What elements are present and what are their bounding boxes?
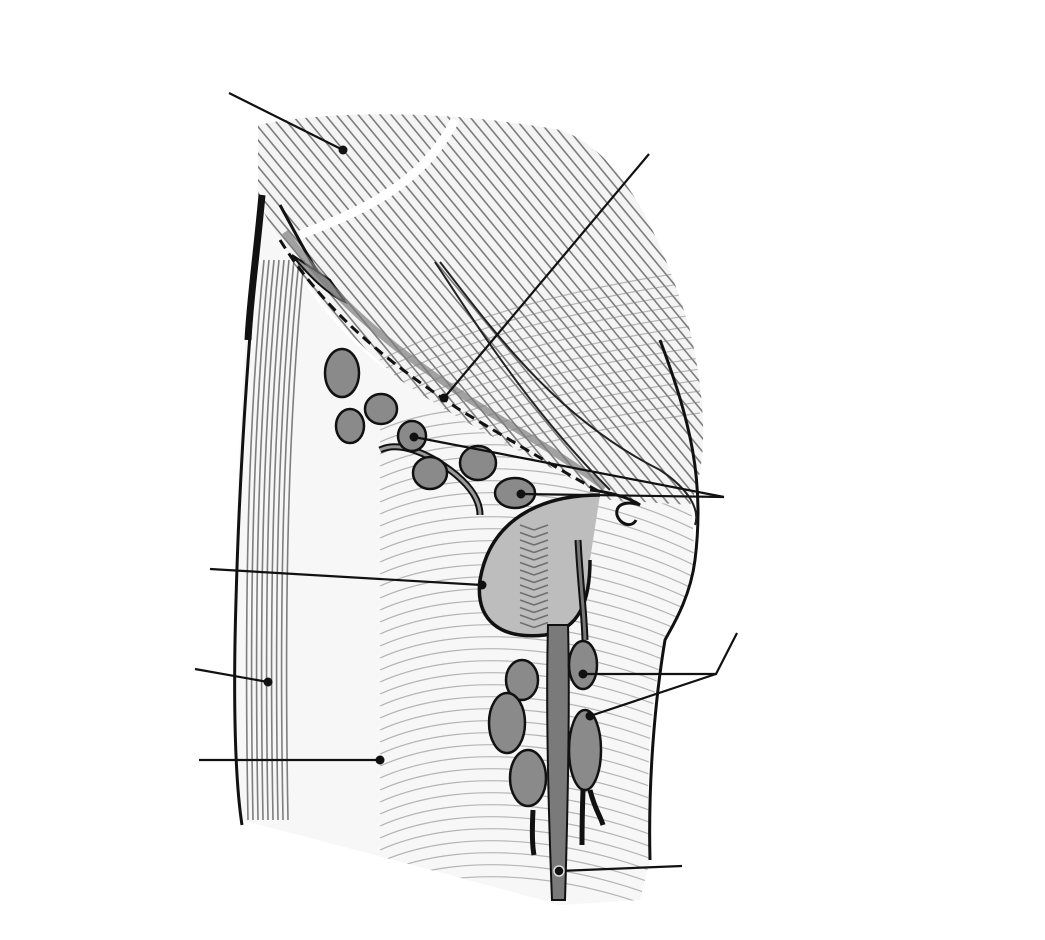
illustration-canvas bbox=[0, 0, 1045, 940]
great-saphenous-vein bbox=[547, 625, 569, 900]
anatomy-figure: Inguinal region — superficial lymph node… bbox=[0, 0, 1045, 940]
